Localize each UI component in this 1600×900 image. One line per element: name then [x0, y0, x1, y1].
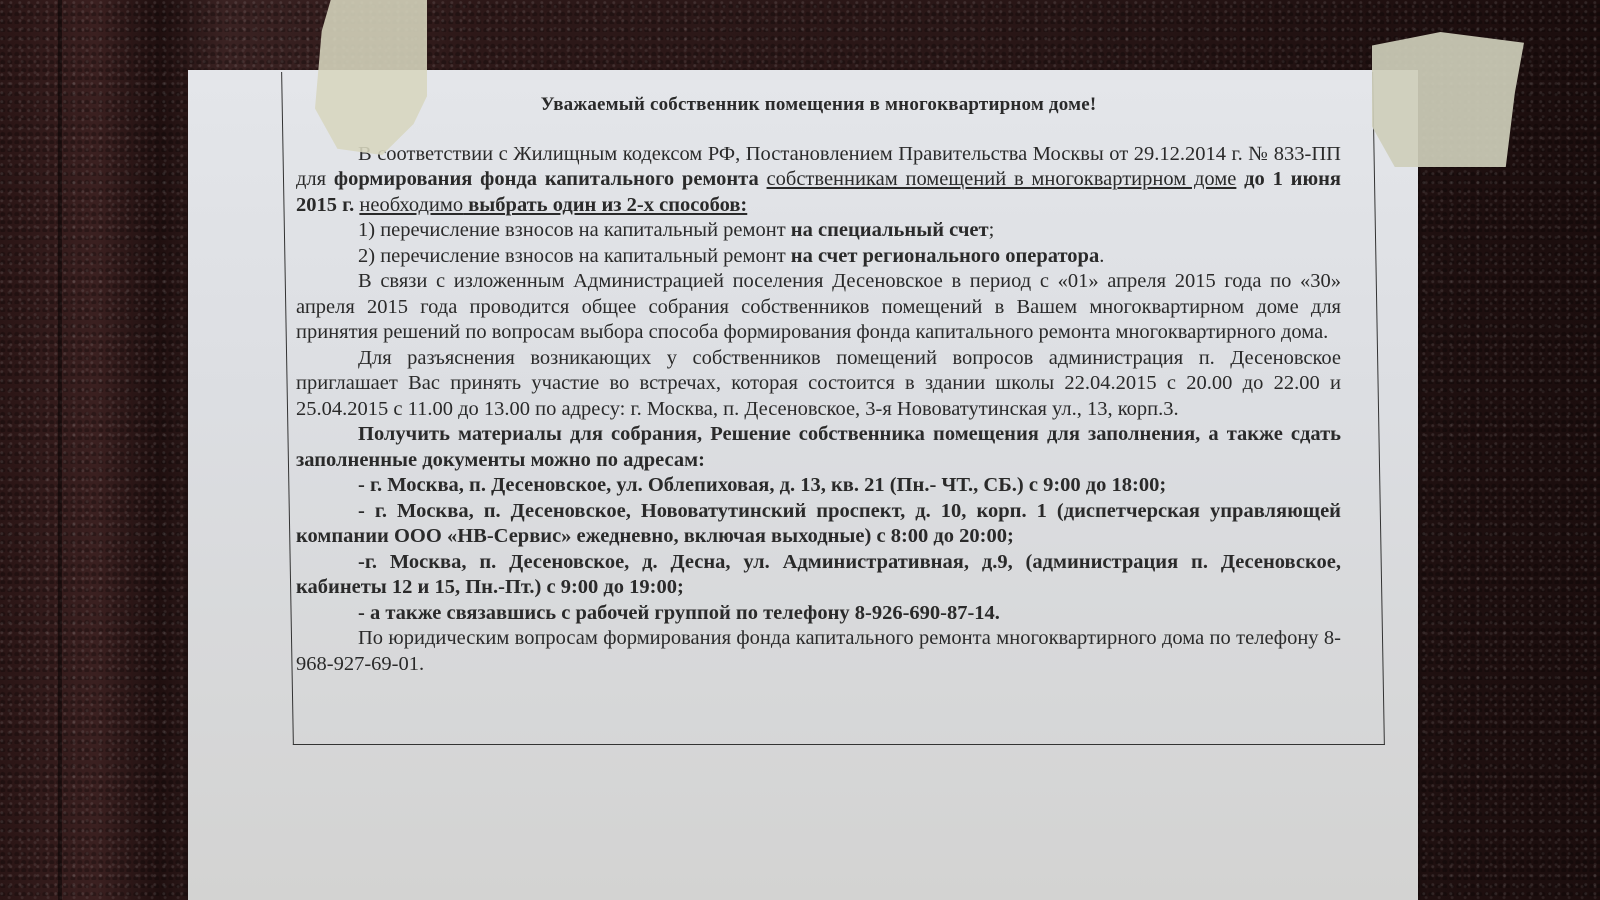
notice-document: Уважаемый собственник помещения в многок… — [296, 88, 1341, 677]
address-item: - г. Москва, п. Десеновское, Нововатутин… — [296, 499, 1341, 550]
materials-heading: Получить материалы для собрания, Решение… — [296, 422, 1341, 473]
meeting-paragraph: В связи с изложенным Администрацией посе… — [296, 269, 1341, 346]
option-end: . — [1099, 245, 1104, 267]
intro-necessary-underlined: необходимо — [359, 194, 463, 216]
option-item: 2) перечисление взносов на капитальный р… — [296, 244, 1341, 270]
intro-fund-bold: формирования фонда капитального ремонта — [334, 168, 759, 190]
tape-right — [1372, 32, 1524, 167]
option-bold: на специальный счет — [791, 219, 989, 241]
address-item: - г. Москва, п. Десеновское, ул. Облепих… — [296, 473, 1341, 499]
intro-space-2 — [1236, 168, 1244, 190]
intro-space — [759, 168, 767, 190]
intro-choose-bold: выбрать один из 2-х способов: — [463, 194, 747, 216]
address-item: -г. Москва, п. Десеновское, д. Десна, ул… — [296, 550, 1341, 601]
option-text: 2) перечисление взносов на капитальный р… — [358, 245, 791, 267]
notice-title: Уважаемый собственник помещения в многок… — [296, 92, 1341, 118]
door-seam — [58, 0, 62, 900]
intro-owners-underlined: собственникам помещений в многоквартирно… — [767, 168, 1237, 190]
phone-contact-item: - а также связавшись с рабочей группой п… — [296, 601, 1341, 627]
option-item: 1) перечисление взносов на капитальный р… — [296, 218, 1341, 244]
option-bold: на счет регионального оператора — [791, 245, 1099, 267]
legal-paragraph: По юридическим вопросам формирования фон… — [296, 626, 1341, 677]
option-end: ; — [989, 219, 995, 241]
intro-paragraph: В соответствии с Жилищным кодексом РФ, П… — [296, 142, 1341, 219]
option-text: 1) перечисление взносов на капитальный р… — [358, 219, 791, 241]
clarification-paragraph: Для разъяснения возникающих у собственни… — [296, 346, 1341, 423]
